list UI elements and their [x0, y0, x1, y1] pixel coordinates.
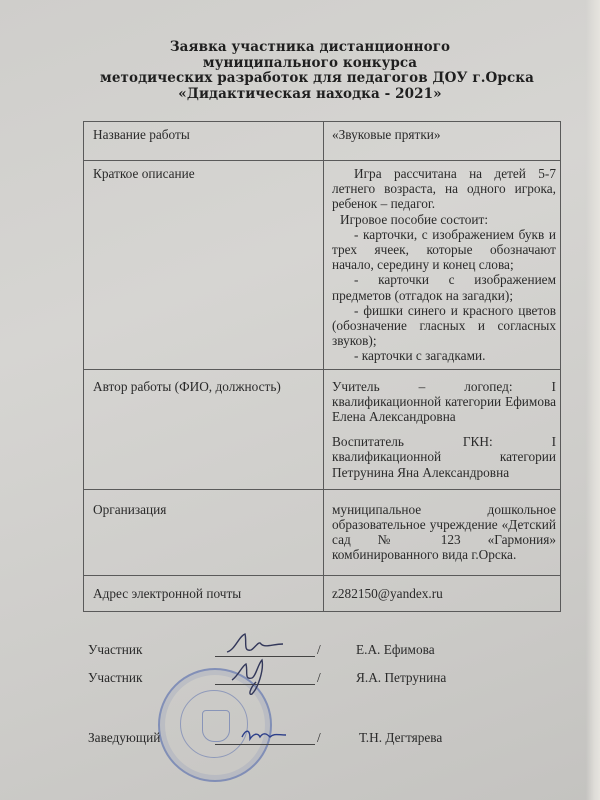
- table-row-authors: Автор работы (ФИО, должность) Учитель – …: [84, 369, 561, 489]
- value-authors: Учитель – логопед: I квалификационной ка…: [324, 369, 561, 489]
- description-item-4: - карточки с загадками.: [332, 348, 556, 363]
- document-title: Заявка участника дистанционного муниципа…: [100, 40, 520, 102]
- signature-slash: /: [317, 730, 321, 746]
- title-line-1: Заявка участника дистанционного: [100, 40, 520, 56]
- author-1: Учитель – логопед: I квалификационной ка…: [332, 379, 556, 425]
- application-table: Название работы «Звуковые прятки» Кратко…: [83, 121, 561, 612]
- value-email: z282150@yandex.ru: [324, 575, 561, 611]
- description-intro: Игра рассчитана на детей 5-7 летнего воз…: [332, 166, 556, 212]
- signature-slash: /: [317, 670, 321, 686]
- label-description: Краткое описание: [84, 161, 324, 370]
- signature-name: Т.Н. Дегтярева: [359, 730, 442, 746]
- author-2: Воспитатель ГКН: I квалификационной кате…: [332, 434, 556, 480]
- label-work-name: Название работы: [84, 122, 324, 161]
- value-organization: муниципальное дошкольное образовательное…: [324, 489, 561, 575]
- value-work-name: «Звуковые прятки»: [324, 122, 561, 161]
- label-authors: Автор работы (ФИО, должность): [84, 369, 324, 489]
- description-item-3: - фишки синего и красного цветов (обозна…: [332, 303, 556, 349]
- signature-name: Я.А. Петрунина: [356, 670, 446, 686]
- title-line-4: «Дидактическая находка - 2021»: [100, 87, 520, 103]
- signature-slash: /: [317, 642, 321, 658]
- description-kit-heading: Игровое пособие состоит:: [332, 212, 556, 227]
- signature-role: Участник: [88, 670, 142, 686]
- table-row-email: Адрес электронной почты z282150@yandex.r…: [84, 575, 561, 611]
- description-item-1: - карточки, с изображением букв и трех я…: [332, 227, 556, 273]
- paper-edge: [586, 0, 600, 800]
- title-line-3: методических разработок для педагогов ДО…: [100, 71, 520, 87]
- description-item-2: - карточки с изображением предметов (отг…: [332, 272, 556, 302]
- title-line-2: муниципального конкурса: [100, 56, 520, 72]
- table-row-description: Краткое описание Игра рассчитана на дете…: [84, 161, 561, 370]
- handwritten-signature-icon: [225, 632, 285, 656]
- signature-role: Участник: [88, 642, 142, 658]
- handwritten-signature-icon: [228, 658, 278, 698]
- label-organization: Организация: [84, 489, 324, 575]
- value-description: Игра рассчитана на детей 5-7 летнего воз…: [324, 161, 561, 370]
- signature-name: Е.А. Ефимова: [356, 642, 435, 658]
- table-row-work-name: Название работы «Звуковые прятки»: [84, 122, 561, 161]
- handwritten-signature-icon: [238, 725, 288, 745]
- signature-role: Заведующий: [88, 730, 160, 746]
- label-email: Адрес электронной почты: [84, 575, 324, 611]
- table-row-organization: Организация муниципальное дошкольное обр…: [84, 489, 561, 575]
